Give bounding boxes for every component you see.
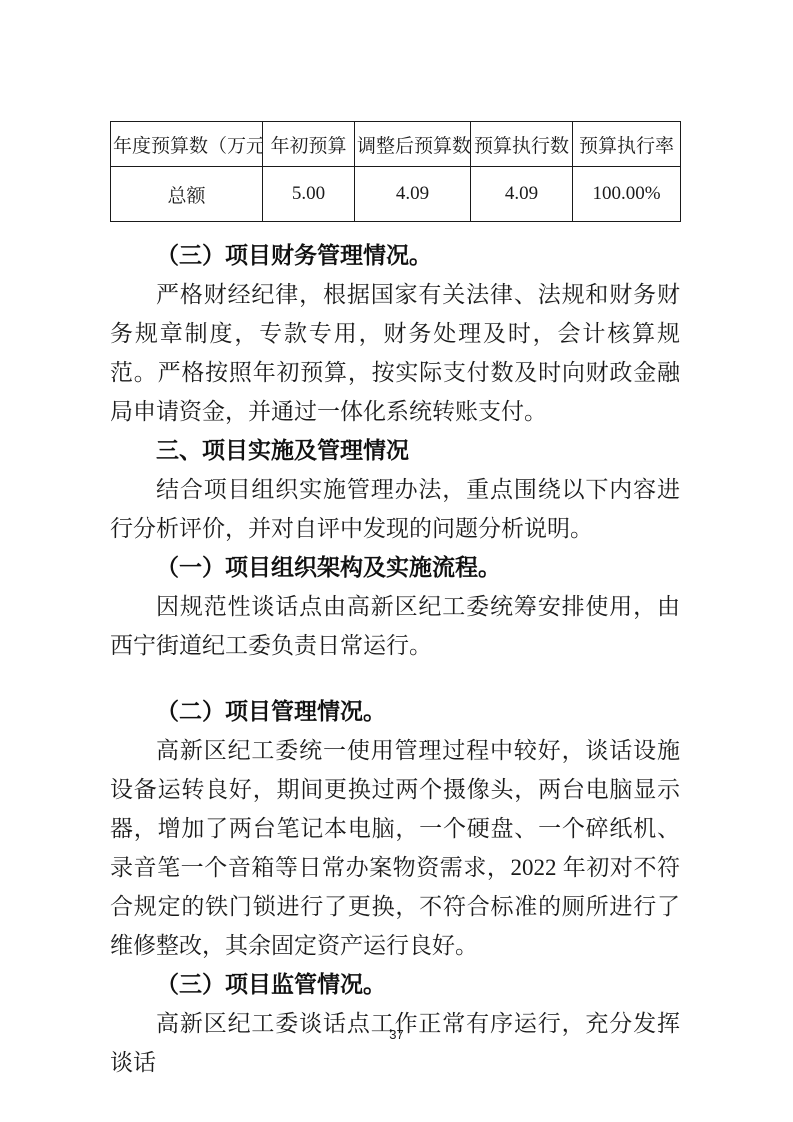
cell-execution-rate-value: 100.00% <box>573 167 681 222</box>
heading-implementation-management: 三、项目实施及管理情况 <box>110 431 680 470</box>
table-header-annual-budget: 年度预算数（万元） <box>111 122 263 167</box>
table-header-row: 年度预算数（万元） 年初预算 调整后预算数 预算执行数 预算执行率 <box>111 122 681 167</box>
document-page: 年度预算数（万元） 年初预算 调整后预算数 预算执行数 预算执行率 总额 5.0… <box>0 0 793 1122</box>
heading-organization-structure: （一）项目组织架构及实施流程。 <box>110 548 680 587</box>
cell-total-label: 总额 <box>111 167 263 222</box>
paragraph-organization-structure: 因规范性谈话点由高新区纪工委统筹安排使用，由西宁街道纪工委负责日常运行。 <box>110 587 680 665</box>
paragraph-implementation-intro: 结合项目组织实施管理办法，重点围绕以下内容进行分析评价，并对自评中发现的问题分析… <box>110 470 680 548</box>
heading-project-supervision: （三）项目监管情况。 <box>110 965 680 1004</box>
table-header-adjusted-budget: 调整后预算数 <box>355 122 471 167</box>
cell-executed-amount-value: 4.09 <box>471 167 573 222</box>
table-row-total: 总额 5.00 4.09 4.09 100.00% <box>111 167 681 222</box>
budget-table: 年度预算数（万元） 年初预算 调整后预算数 预算执行数 预算执行率 总额 5.0… <box>110 121 681 222</box>
paragraph-finance-management: 严格财经纪律，根据国家有关法律、法规和财务财务规章制度，专款专用，财务处理及时，… <box>110 275 680 431</box>
cell-adjusted-budget-value: 4.09 <box>355 167 471 222</box>
paragraph-project-supervision: 高新区纪工委谈话点工作正常有序运行，充分发挥谈话 <box>110 1004 680 1082</box>
paragraph-project-management: 高新区纪工委统一使用管理过程中较好，谈话设施设备运转良好，期间更换过两个摄像头，… <box>110 731 680 965</box>
page-number: 37 <box>0 1027 793 1042</box>
heading-project-management: （二）项目管理情况。 <box>110 692 680 731</box>
table-header-initial-budget: 年初预算 <box>263 122 355 167</box>
table-header-executed-amount: 预算执行数 <box>471 122 573 167</box>
table-header-execution-rate: 预算执行率 <box>573 122 681 167</box>
heading-finance-management: （三）项目财务管理情况。 <box>110 236 680 275</box>
cell-initial-budget-value: 5.00 <box>263 167 355 222</box>
